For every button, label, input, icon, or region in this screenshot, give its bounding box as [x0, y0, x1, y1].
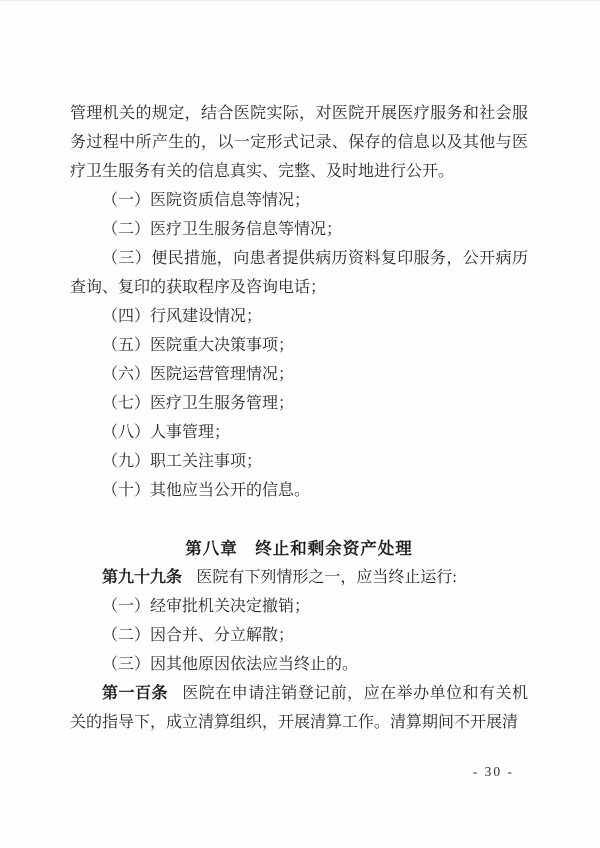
list-item: （七）医疗卫生服务管理； [70, 389, 528, 418]
article-paragraph: 第一百条医院在申请注销登记前，应在举办单位和有关机关的指导下，成立清算组织，开展… [70, 679, 528, 737]
list-item: （四）行风建设情况； [70, 302, 528, 331]
body-paragraph: 管理机关的规定，结合医院实际，对医院开展医疗服务和社会服务过程中所产生的，以一定… [70, 99, 528, 186]
page-number: - 30 - [473, 764, 514, 780]
chapter-heading: 第八章 终止和剩余资产处理 [70, 534, 528, 563]
article-text: 医院有下列情形之一，应当终止运行: [196, 569, 456, 586]
list-item: （八）人事管理； [70, 418, 528, 447]
list-item: （一）医院资质信息等情况； [70, 186, 528, 215]
list-item: （五）医院重大决策事项； [70, 331, 528, 360]
article-paragraph: 第九十九条医院有下列情形之一，应当终止运行: [70, 563, 528, 592]
list-item: （二）医疗卫生服务信息等情况； [70, 215, 528, 244]
list-item: （一）经审批机关决定撤销； [70, 592, 528, 621]
document-body: 管理机关的规定，结合医院实际，对医院开展医疗服务和社会服务过程中所产生的，以一定… [70, 99, 528, 737]
list-item: （三）因其他原因依法应当终止的。 [70, 650, 528, 679]
document-page: 管理机关的规定，结合医院实际，对医院开展医疗服务和社会服务过程中所产生的，以一定… [0, 0, 600, 848]
list-item: （二）因合并、分立解散； [70, 621, 528, 650]
article-number: 第一百条 [102, 685, 168, 702]
list-item: （九）职工关注事项； [70, 447, 528, 476]
list-item: （十）其他应当公开的信息。 [70, 476, 528, 505]
article-number: 第九十九条 [102, 569, 182, 586]
list-item: （三）便民措施，向患者提供病历资料复印服务，公开病历查询、复印的获取程序及咨询电… [70, 244, 528, 302]
list-item: （六）医院运营管理情况； [70, 360, 528, 389]
